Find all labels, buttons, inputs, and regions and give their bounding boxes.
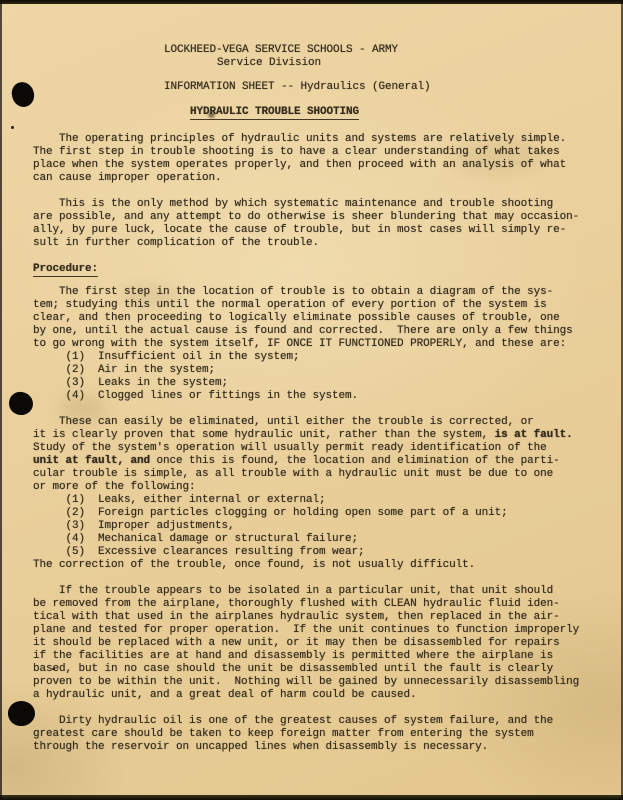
paper-speck	[11, 126, 14, 129]
document-content: LOCKHEED-VEGA SERVICE SCHOOLS - ARMY Ser…	[33, 44, 600, 754]
paragraph-intro-2: This is the only method by which systema…	[33, 198, 600, 250]
procedure-heading-text: Procedure:	[33, 263, 98, 277]
document-page: LOCKHEED-VEGA SERVICE SCHOOLS - ARMY Ser…	[0, 0, 623, 800]
paper-speck	[208, 112, 215, 118]
hole-punch-middle	[7, 390, 34, 416]
paragraph-procedure: The first step in the location of troubl…	[33, 286, 600, 403]
paragraph-intro-1: The operating principles of hydraulic un…	[33, 133, 600, 185]
document-title-text: HYDRAULIC TROUBLE SHOOTING	[190, 106, 359, 120]
document-title: HYDRAULIC TROUBLE SHOOTING	[190, 106, 600, 120]
procedure-heading: Procedure:	[33, 263, 600, 277]
paper-speck	[52, 668, 55, 670]
page-edge-left	[0, 0, 2, 800]
paragraph-unit-faults: These can easily be eliminated, until ei…	[33, 416, 600, 572]
paragraph-dirty-oil: Dirty hydraulic oil is one of the greate…	[33, 715, 600, 754]
org-line: LOCKHEED-VEGA SERVICE SCHOOLS - ARMY	[164, 44, 600, 57]
page-edge-top	[0, 0, 623, 4]
hole-punch-bottom	[7, 699, 37, 727]
page-edge-bottom	[0, 795, 623, 800]
paragraph-isolation: If the trouble appears to be isolated in…	[33, 585, 600, 702]
division-line: Service Division	[217, 57, 600, 70]
info-sheet-line: INFORMATION SHEET -- Hydraulics (General…	[164, 81, 600, 94]
